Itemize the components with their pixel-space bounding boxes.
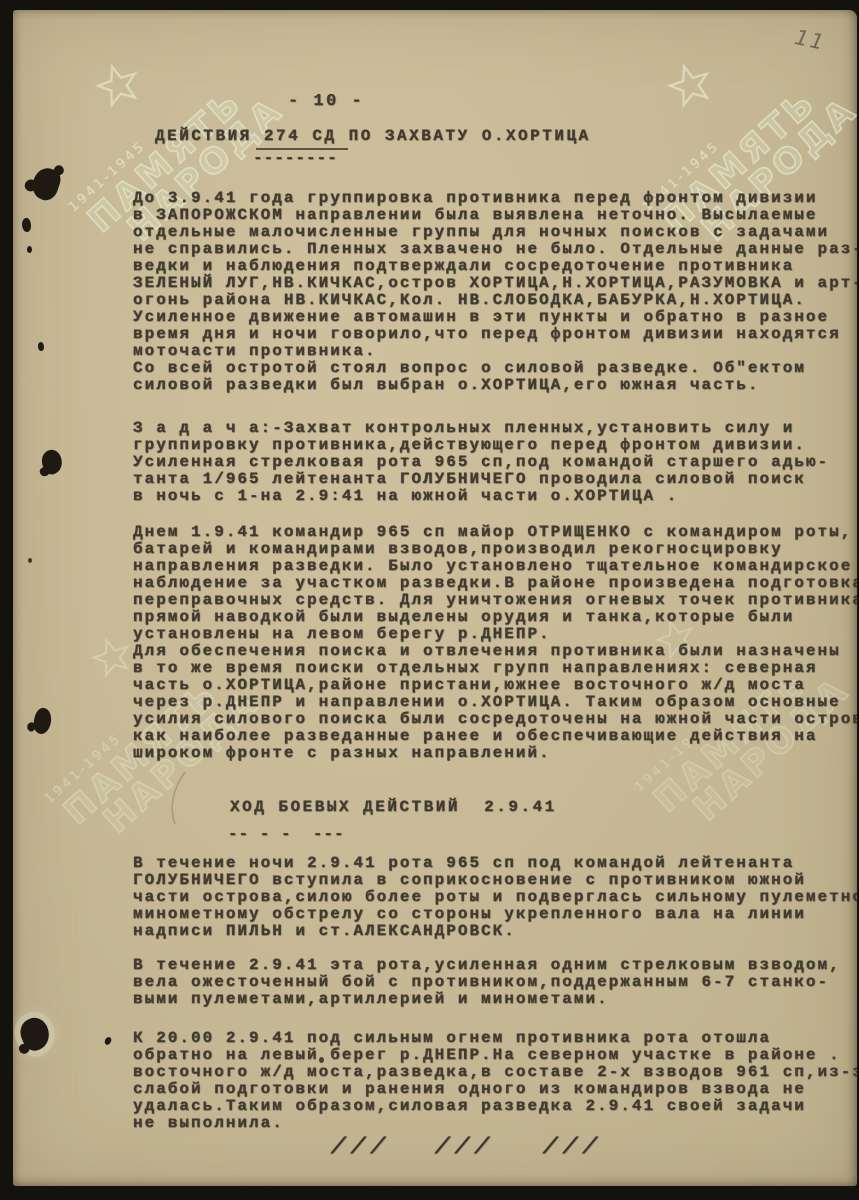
end-of-section-marks: /// <box>431 1134 498 1160</box>
star-icon <box>95 62 141 113</box>
paragraph-block-3: Днем 1.9.41 командир 965 сп майор ОТРИЩЕ… <box>133 524 857 762</box>
scanned-archive-page: { "document": { "typed_page_number": "- … <box>0 0 859 1200</box>
end-of-section-marks: /// <box>539 1134 606 1160</box>
ink-blot <box>27 246 32 253</box>
ink-blot <box>31 706 54 735</box>
paragraph-block-4: В течение ночи 2.9.41 рота 965 сп под ко… <box>133 855 857 940</box>
document-title: ДЕЙСТВИЯ 274 СД ПО ЗАХВАТУ О.ХОРТИЦА <box>155 128 591 145</box>
paragraph-block-6: К 20.00 2.9.41 под сильным огнем противн… <box>133 1030 857 1132</box>
ink-blot <box>16 1014 55 1055</box>
section-heading: ХОД БОЕВЫХ ДЕЙСТВИЙ 2.9.41 <box>230 799 557 816</box>
ink-blot <box>21 217 33 233</box>
ink-blot <box>104 1036 112 1046</box>
document-page: 1941-1945 ПАМЯТЬ НАРОДА 1941-1945 ПАМЯТЬ… <box>13 10 857 1186</box>
pencil-stroke <box>165 770 189 831</box>
title-underline-dashes: -------- <box>253 150 338 167</box>
ink-blot <box>38 342 44 351</box>
ink-blot <box>29 165 64 203</box>
paragraph-block-2: З а д а ч а:-Захват контрольных пленных,… <box>133 420 829 505</box>
handwritten-page-number: 11 <box>793 25 828 55</box>
paragraph-block-5: В течение 2.9.41 эта рота,усиленная одни… <box>133 957 841 1008</box>
ink-blot <box>38 447 65 476</box>
paragraph-block-1: До 3.9.41 года группировка противника пе… <box>133 190 857 394</box>
end-of-section-marks: /// <box>327 1134 394 1160</box>
ink-blot <box>28 558 32 563</box>
typed-page-number: - 10 - <box>288 93 364 110</box>
star-icon <box>91 636 133 683</box>
star-icon <box>667 62 713 113</box>
heading-underline-dashes: -- - - --- <box>228 826 345 843</box>
